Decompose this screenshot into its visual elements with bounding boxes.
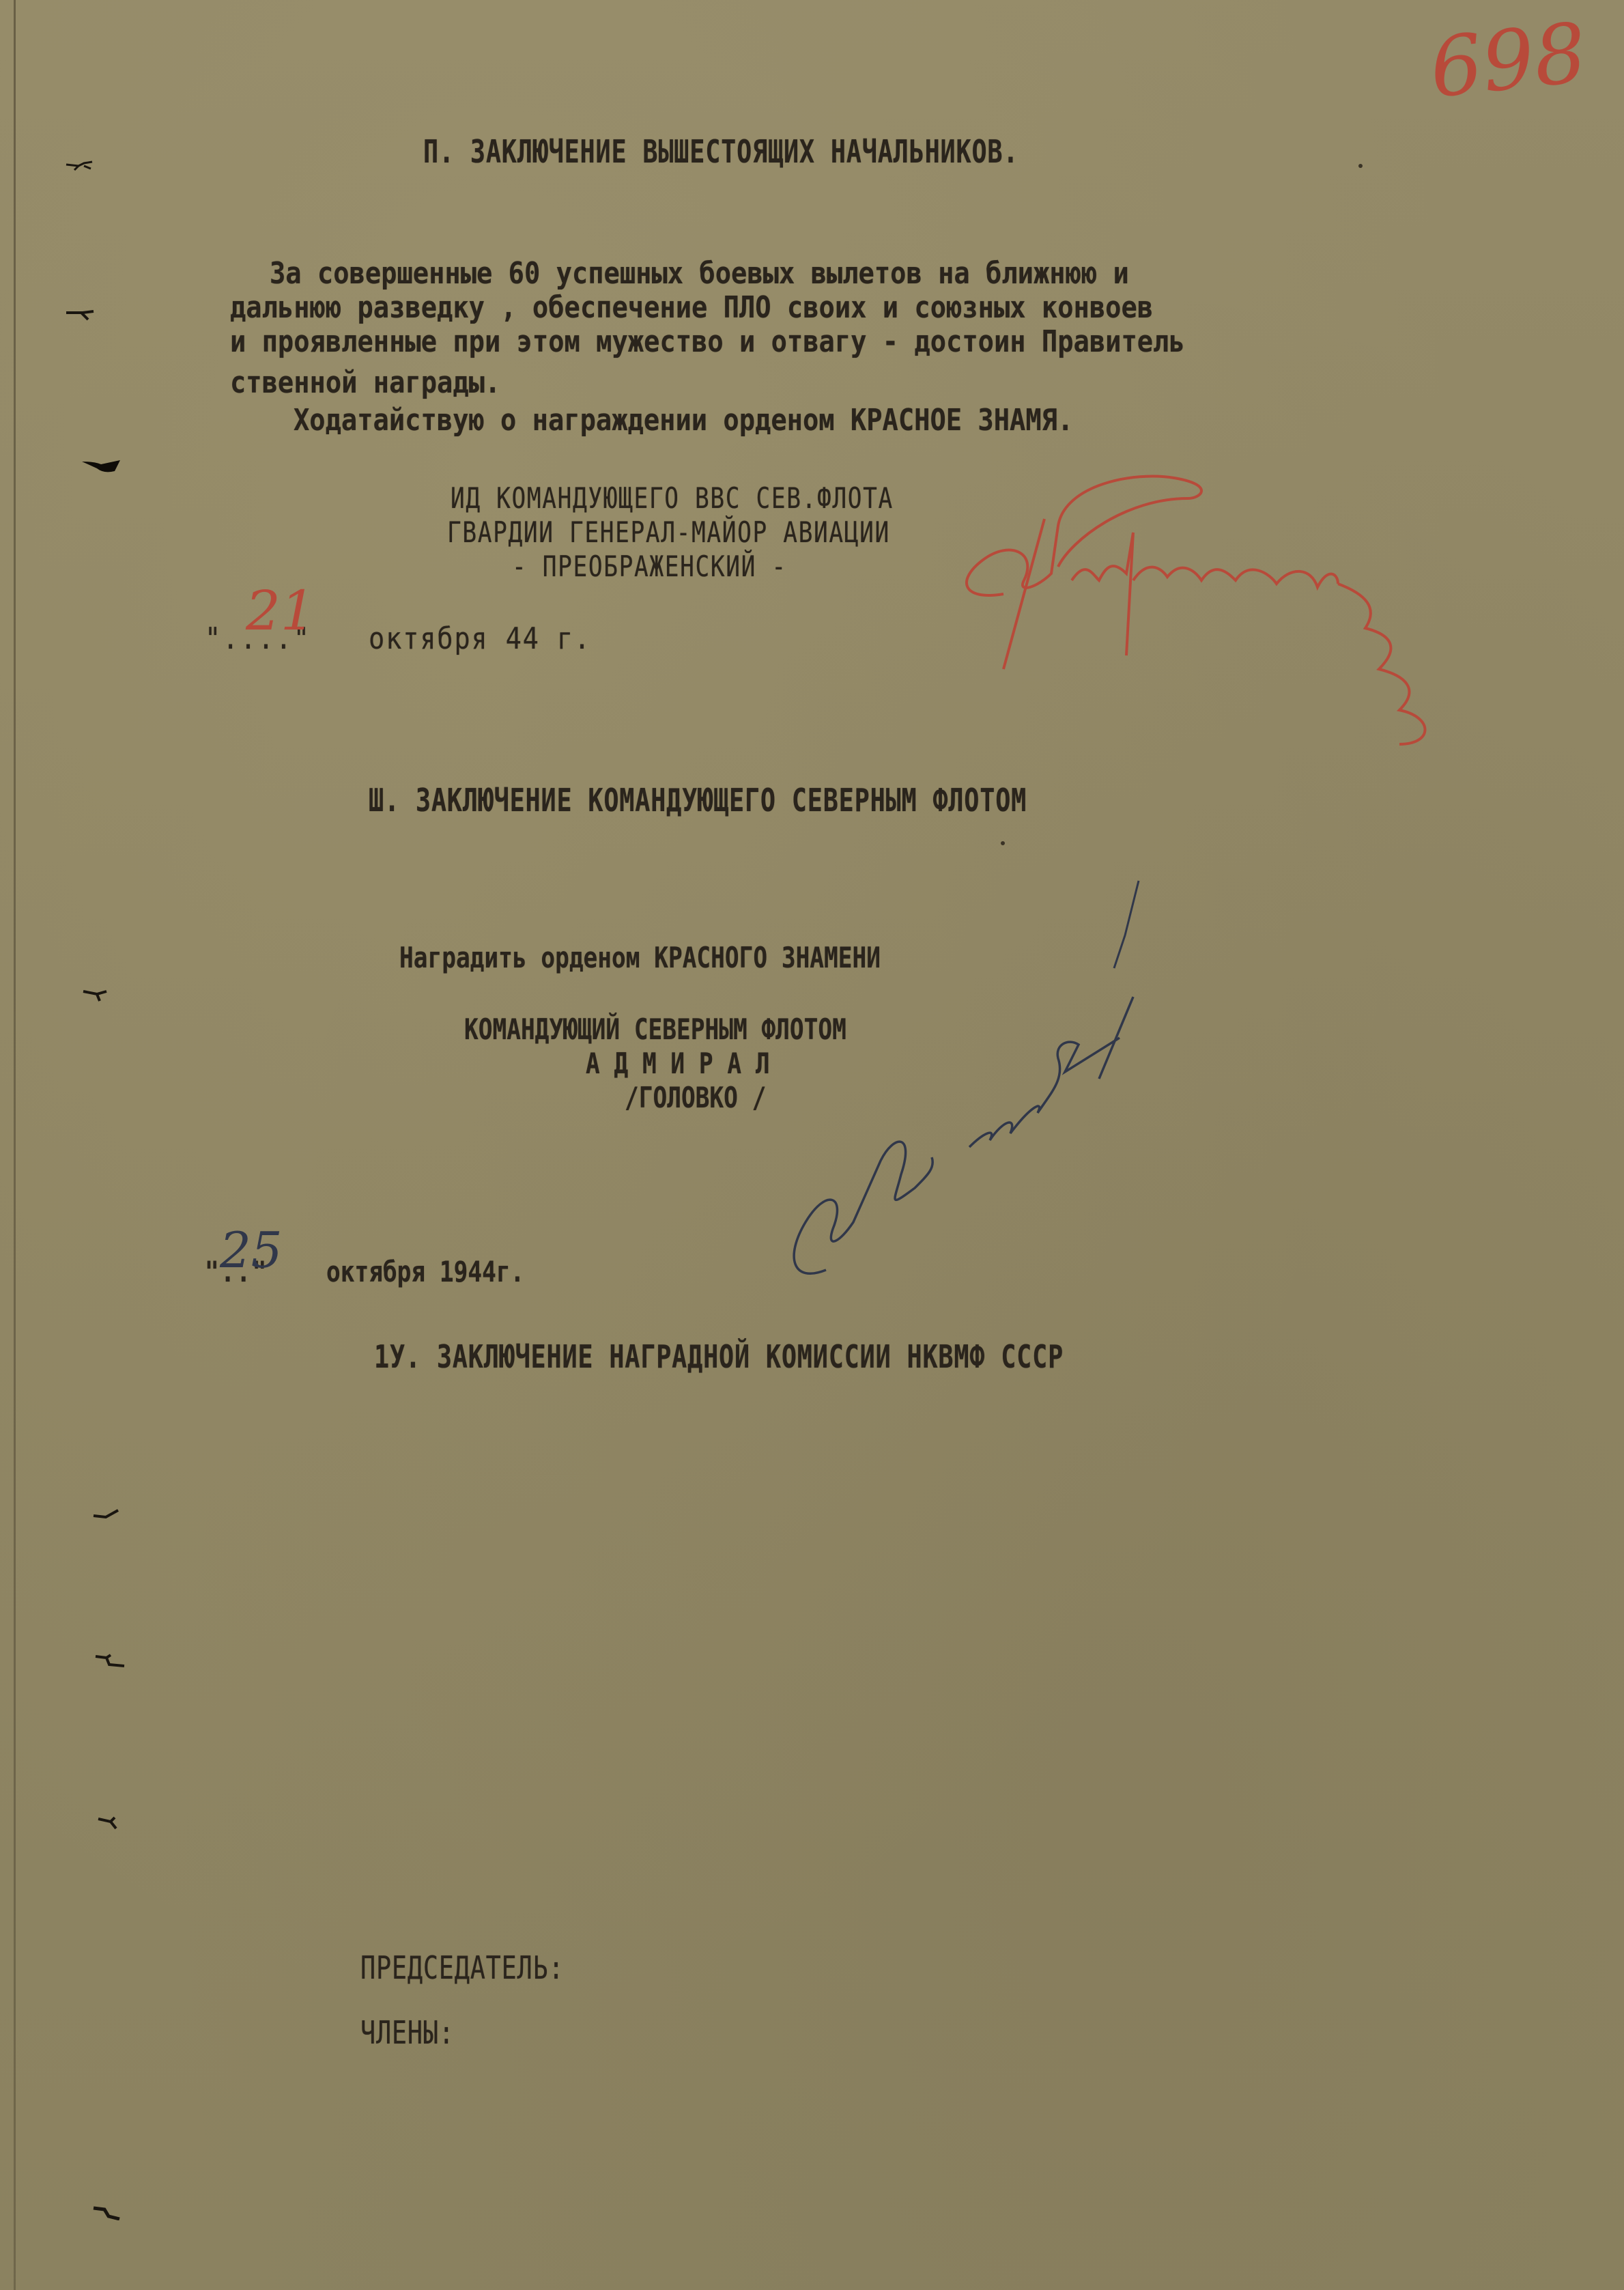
section-2-recommendation: Ходатайствую о награждении орденом КРАСН… [294, 403, 1073, 438]
document-page: 698 П. ЗАКЛЮЧЕНИЕ ВЫШЕСТОЯЩИХ НАЧАЛЬНИКО… [0, 0, 1624, 2290]
punch-hole-icon [94, 1652, 135, 1667]
section-2-signatory-line-3: - ПРЕОБРАЖЕНСКИЙ - [512, 550, 787, 583]
section-3-signatory-line-3: /ГОЛОВКО / [625, 1081, 766, 1114]
section-2-paragraph-line-1: За совершенные 60 успешных боевых вылето… [270, 256, 1129, 291]
punch-hole-icon [82, 989, 123, 1004]
commission-members-label: ЧЛЕНЫ: [360, 2014, 455, 2051]
section-2-paragraph-line-2: дальнюю разведку , обеспечение ПЛО своих… [230, 290, 1153, 325]
section-2-paragraph-line-3: и проявленные при этом мужество и отвагу… [230, 324, 1185, 359]
section-3-signatory-line-2: А Д М И Р А Л [586, 1047, 770, 1080]
ink-speck [1358, 164, 1363, 168]
section-3-date-month-year: октября 1944г. [326, 1255, 524, 1288]
section-2-signatory-line-1: ИД КОМАНДУЮЩЕГО ВВС СЕВ.ФЛОТА [451, 481, 894, 515]
archive-page-number: 698 [1426, 12, 1590, 110]
approval-check-mark [1106, 881, 1147, 970]
paper-fold-line [14, 0, 16, 2290]
punch-hole-icon [96, 1816, 137, 1831]
section-2-date-day: 21 [246, 584, 315, 638]
punch-hole-icon [65, 160, 106, 175]
ink-speck [1001, 841, 1005, 845]
punch-hole-icon [92, 2205, 133, 2220]
punch-hole-icon [81, 459, 122, 474]
section-3-date-day: 25 [220, 1226, 283, 1275]
section-2-date-month-year: октября 44 г. [369, 621, 591, 656]
commission-chairman-label: ПРЕДСЕДАТЕЛЬ: [360, 1949, 564, 1986]
section-2-paragraph-line-4: ственной награды. [230, 365, 500, 400]
signature-golovko [778, 997, 1133, 1284]
section-3-decision: Наградить орденом КРАСНОГО ЗНАМЕНИ [399, 941, 881, 974]
section-4-heading: 1У. ЗАКЛЮЧЕНИЕ НАГРАДНОЙ КОМИССИИ НКВМФ … [374, 1338, 1064, 1375]
section-2-heading: П. ЗАКЛЮЧЕНИЕ ВЫШЕСТОЯЩИХ НАЧАЛЬНИКОВ. [423, 133, 1018, 170]
signature-preobrazhensky [956, 457, 1502, 744]
section-2-signatory-line-2: ГВАРДИИ ГЕНЕРАЛ-МАЙОР АВИАЦИИ [447, 515, 890, 549]
punch-hole-icon [65, 307, 106, 322]
punch-hole-icon [92, 1508, 133, 1523]
section-3-heading: Ш. ЗАКЛЮЧЕНИЕ КОМАНДУЮЩЕГО СЕВЕРНЫМ ФЛОТ… [369, 782, 1027, 819]
